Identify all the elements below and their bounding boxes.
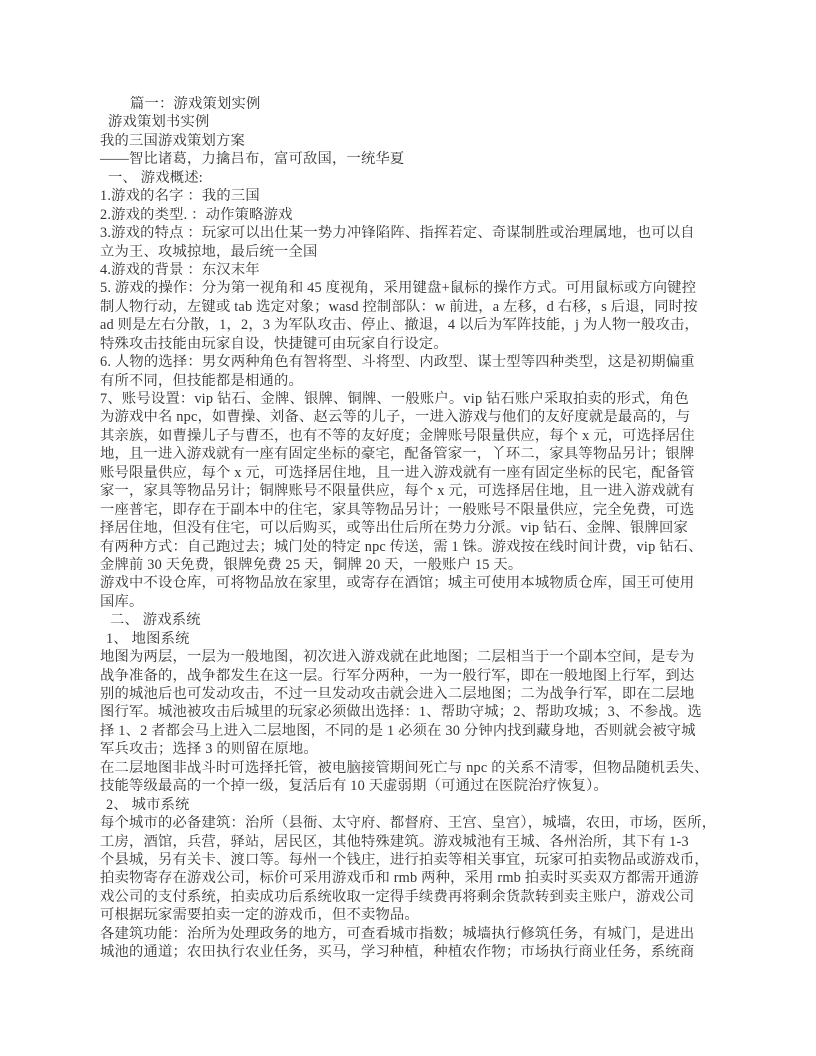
text-line: 图行军。城池被攻击后城里的玩家必须做出选择：1、帮助守城；2、帮助攻城；3、不参… [100,703,725,721]
text-line: 我的三国游戏策划方案 [100,132,725,150]
text-line: 为游戏中名 npc，如曹操、刘备、赵云等的儿子，一进入游戏与他们的友好度就是最高… [100,408,725,426]
text-line: 2.游戏的类型. ：动作策略游戏 [100,206,725,224]
text-line: 6. 人物的选择：男女两种角色有智将型、斗将型、内政型、谋士型等四种类型，这是初… [100,353,725,371]
text-line: 择居住地，但没有住宅，可以后购买，或等出仕后所在势力分派。vip 钻石、金牌、银… [100,519,725,537]
text-line: 1.游戏的名字 ：我的三国 [100,187,725,205]
text-line: 7、账号设置：vip 钻石、金牌、银牌、铜牌、一般账户。vip 钻石账户采取拍卖… [100,390,725,408]
text-line: 5. 游戏的操作：分为第一视角和 45 度视角，采用键盘+鼠标的操作方式。可用鼠… [100,279,725,297]
text-line: 国库。 [100,593,725,611]
text-line: 篇一：游戏策划实例 [100,95,725,113]
text-line: 工房，酒馆，兵营，驿站，居民区，其他特殊建筑。游戏城池有王城、各州治所，其下有 … [100,833,725,851]
text-line: 城池的通道；农田执行农业任务，买马，学习种植，种植农作物；市场执行商业任务，系统… [100,943,725,961]
text-line: 立为王、攻城掠地，最后统一全国 [100,243,725,261]
text-line: 制人物行动，左键或 tab 选定对象；wasd 控制部队：w 前进，a 左移，d… [100,298,725,316]
text-line: ——智比诸葛，力擒吕布，富可敌国，一统华夏 [100,150,725,168]
text-line: 地图为两层，一层为一般地图，初次进入游戏就在此地图；二层相当于一个副本空间，是专… [100,648,725,666]
text-line: 一座普宅，即存在于副本中的住宅，家具等物品另计；一般账号不限量供应，完全免费，可… [100,501,725,519]
text-line: 择 1、2 者都会马上进入二层地图，不同的是 1 必须在 30 分钟内找到藏身地… [100,722,725,740]
text-line: 可根据玩家需要拍卖一定的游戏币，但不卖物品。 [100,906,725,924]
text-line: 其亲族，如曹操儿子与曹丕，也有不等的友好度；金牌账号限量供应，每个 x 元，可选… [100,427,725,445]
text-line: 各建筑功能：治所为处理政务的地方，可查看城市指数；城墙执行修筑任务，有城门，是进… [100,925,725,943]
text-line: 技能等级最高的一个掉一级，复活后有 10 天虚弱期（可通过在医院治疗恢复）。 [100,777,725,795]
text-line: 2、 城市系统 [100,796,725,814]
text-line: 金牌前 30 天免费，银牌免费 25 天，铜牌 20 天，一般账户 15 天。 [100,556,725,574]
text-line: 别的城池后也可发动攻击，不过一旦发动攻击就会进入二层地图；二为战争行军，即在二层… [100,685,725,703]
text-line: 游戏中不设仓库，可将物品放在家里，或寄存在酒馆；城主可使用本城物质仓库，国王可使… [100,574,725,592]
text-line: 一、 游戏概述: [100,169,725,187]
text-line: 地，且一进入游戏就有一座有固定坐标的豪宅，配备管家一，丫环二，家具等物品另计；银… [100,445,725,463]
text-line: 个县城，另有关卡、渡口等。每州一个钱庄，进行拍卖等相关事宜，玩家可拍卖物品或游戏… [100,851,725,869]
text-line: 二、 游戏系统 [100,611,725,629]
text-line: 每个城市的必备建筑：治所（县衙、太守府、都督府、王宫、皇宫），城墙，农田，市场，… [100,814,725,832]
text-line: 3.游戏的特点 ：玩家可以出仕某一势力冲锋陷阵、指挥若定、奇谋制胜或治理属地，也… [100,224,725,242]
text-line: ad 则是左右分散，1，2，3 为军队攻击、停止、撤退，4 以后为军阵技能，j … [100,316,725,334]
text-line: 特殊攻击技能由玩家自设，快捷键可由玩家自行设定。 [100,335,725,353]
text-line: 在二层地图非战斗时可选择托管，被电脑接管期间死亡与 npc 的关系不清零，但物品… [100,759,725,777]
text-line: 战争准备的，战争都发生在这一层。行军分两种，一为一般行军，即在一般地图上行军，到… [100,667,725,685]
text-line: 军兵攻击；选择 3 的则留在原地。 [100,740,725,758]
text-line: 游戏策划书实例 [100,113,725,131]
text-line: 家一，家具等物品另计；铜牌账号不限量供应，每个 x 元，可选择居住地，且一进入游… [100,482,725,500]
text-line: 4.游戏的背景 ：东汉末年 [100,261,725,279]
text-line: 拍卖物寄存在游戏公司，标价可采用游戏币和 rmb 两种，采用 rmb 拍卖时买卖… [100,869,725,887]
text-line: 账号限量供应，每个 x 元，可选择居住地，且一进入游戏就有一座有固定坐标的民宅，… [100,464,725,482]
text-line: 戏公司的支付系统，拍卖成功后系统收取一定得手续费再将剩余货款转到卖主账户，游戏公… [100,888,725,906]
document-content: 篇一：游戏策划实例游戏策划书实例我的三国游戏策划方案——智比诸葛，力擒吕布，富可… [100,95,725,962]
text-line: 有所不同，但技能都是相通的。 [100,372,725,390]
text-line: 有两种方式：自己跑过去；城门处的特定 npc 传送，需 1 铢。游戏按在线时间计… [100,538,725,556]
text-line: 1、 地图系统 [100,630,725,648]
document-page: 篇一：游戏策划实例游戏策划书实例我的三国游戏策划方案——智比诸葛，力擒吕布，富可… [0,0,816,1056]
